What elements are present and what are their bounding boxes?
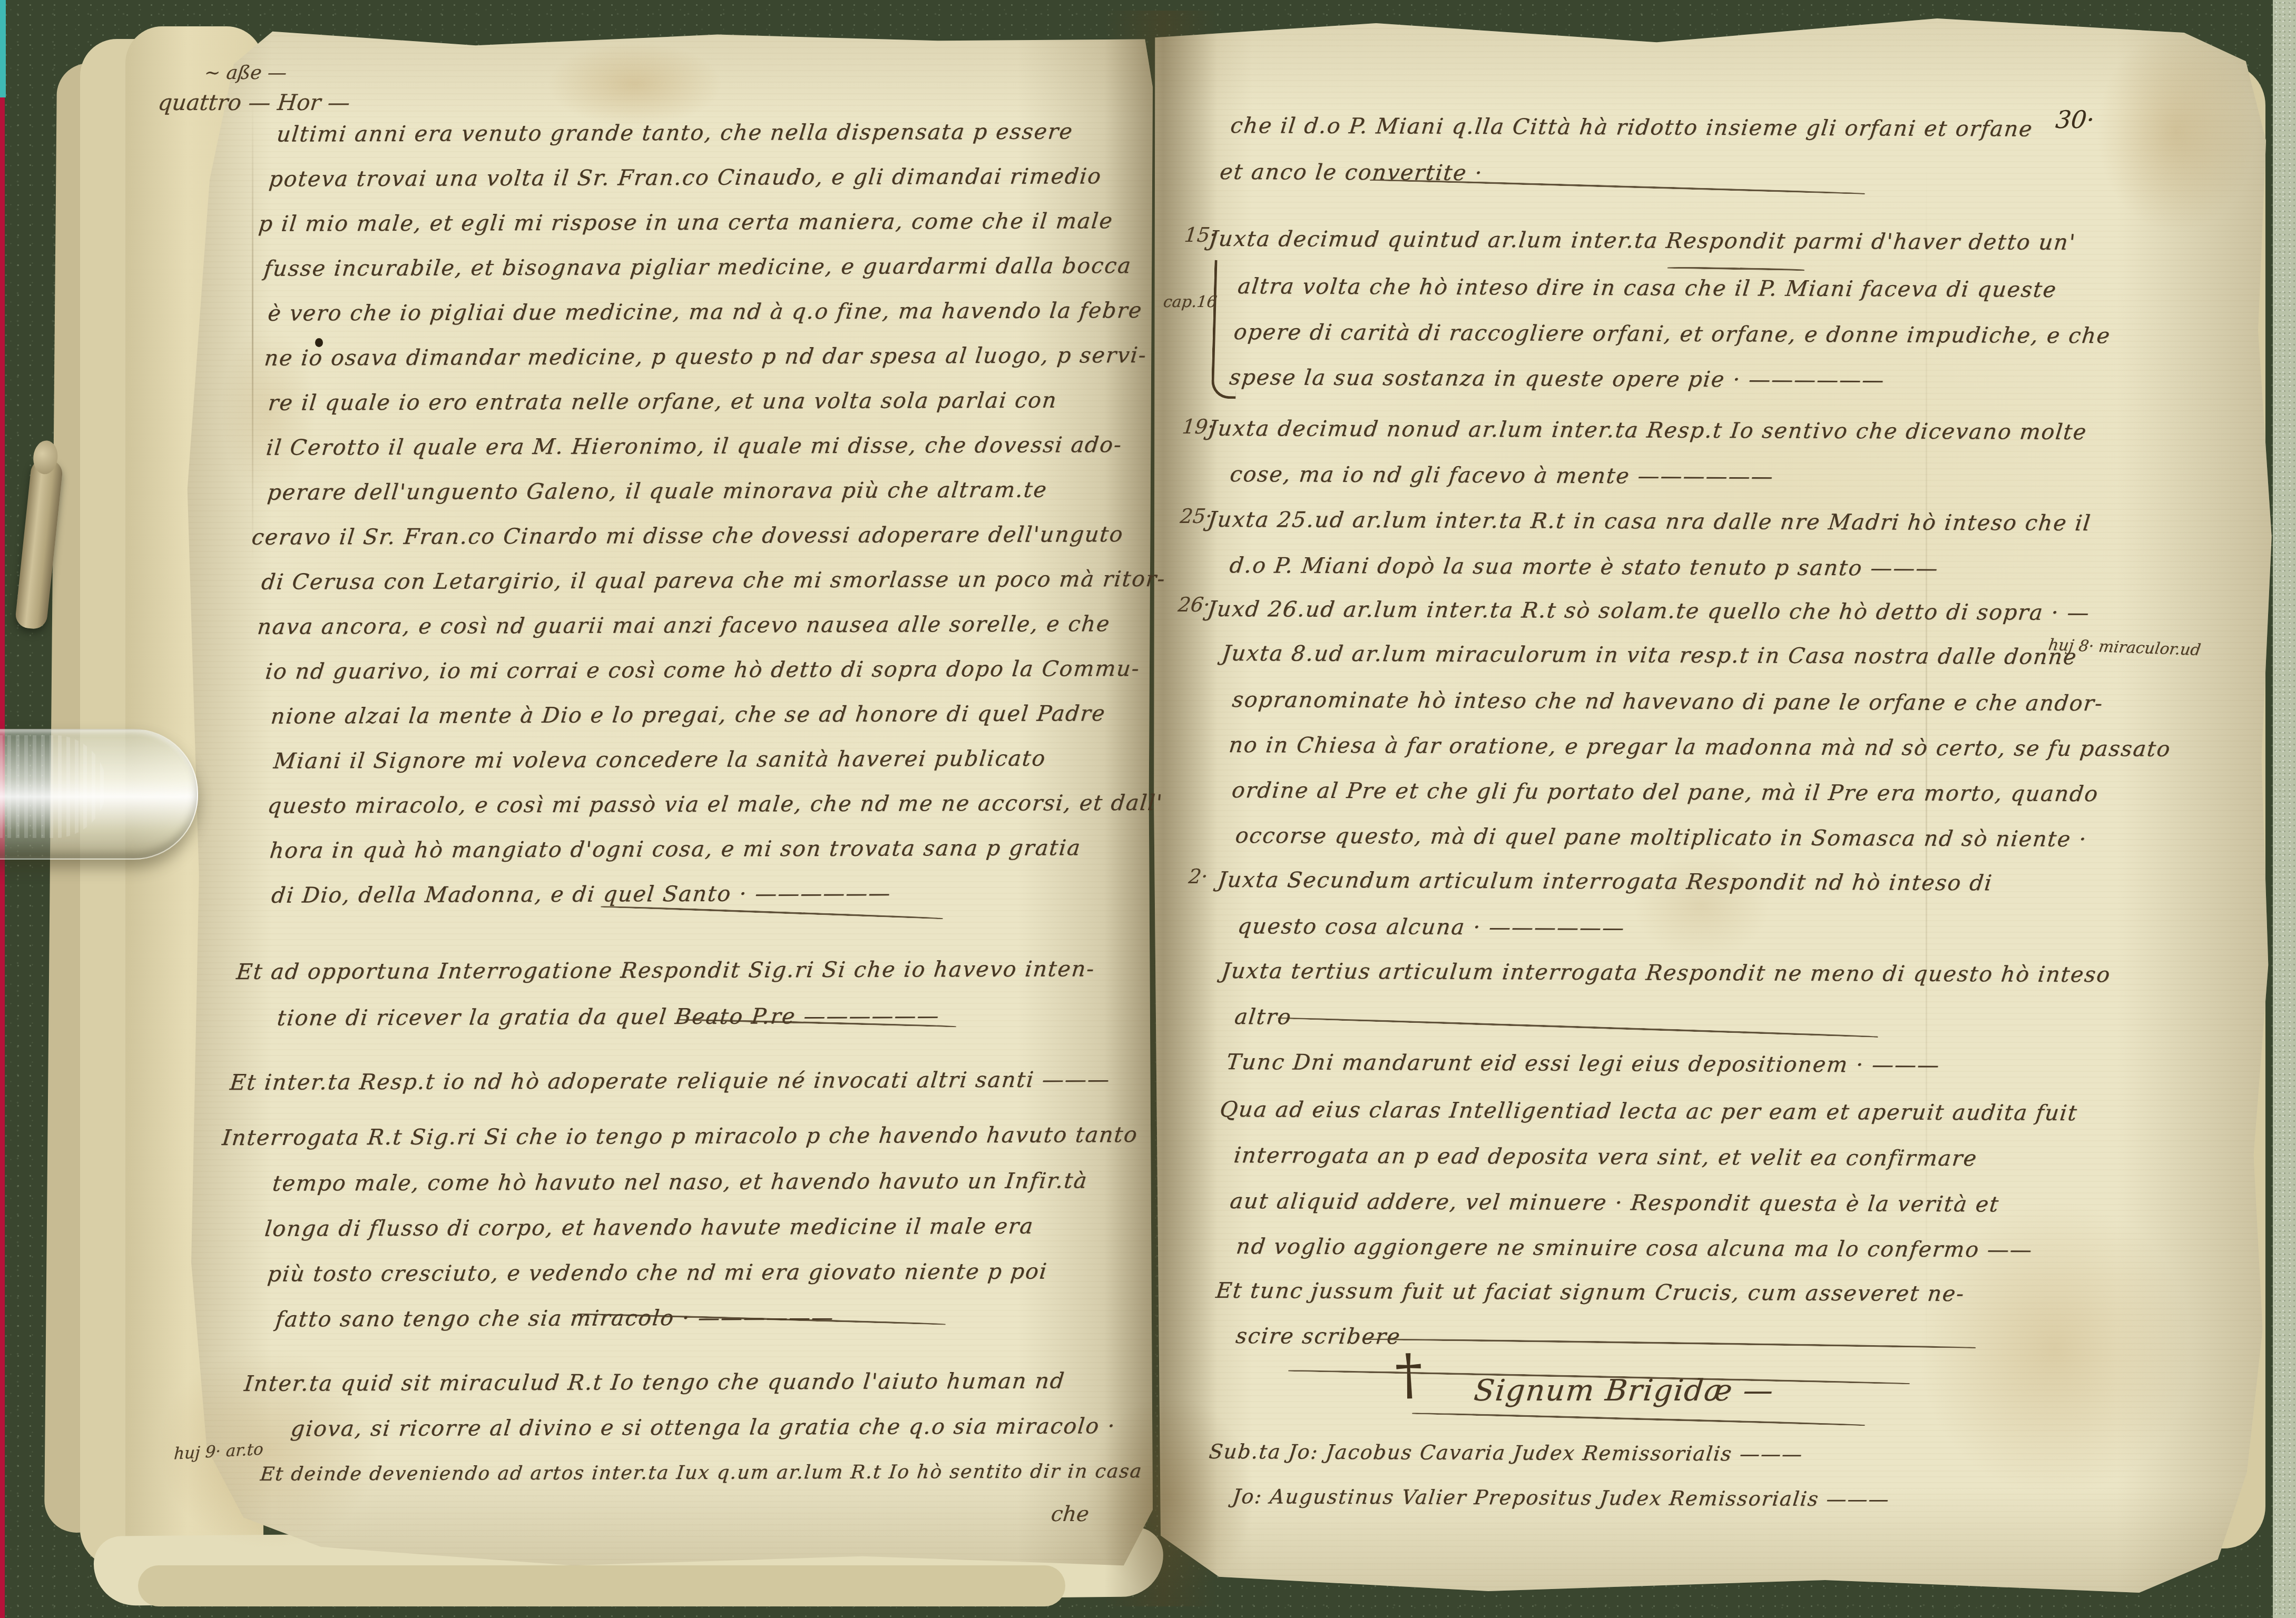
manuscript-line: Juxta decimud quintud ar.lum inter.ta Re… xyxy=(1208,226,2077,255)
manuscript-line: tempo male, come hò havuto nel naso, et … xyxy=(271,1168,1089,1196)
margin-article-number: 2· xyxy=(1188,865,1209,888)
manuscript-line: poteva trovai una volta il Sr. Fran.co C… xyxy=(268,163,1103,192)
manuscript-line: Et inter.ta Resp.t io nd hò adoperate re… xyxy=(229,1067,1111,1095)
manuscript-line: ne io osava dimandar medicine, p questo … xyxy=(263,342,1148,371)
manuscript-line: aut aliquid addere, vel minuere · Respon… xyxy=(1229,1188,2000,1217)
manuscript-line: Et deinde deveniendo ad artos inter.ta I… xyxy=(259,1461,1143,1485)
manuscript-line: ultimi anni era venuto grande tanto, che… xyxy=(276,119,1075,146)
manuscript-line: questo miracolo, e così mi passò via el … xyxy=(266,790,1164,818)
manuscript-line: Et tunc jussum fuit ut faciat signum Cru… xyxy=(1215,1278,1966,1306)
manuscript-line: Inter.ta quid sit miraculud R.t Io tengo… xyxy=(243,1368,1066,1396)
margin-article-number: cap.16 xyxy=(1162,293,1218,311)
manuscript-line: hora in quà hò mangiato d'ogni cosa, e m… xyxy=(269,835,1083,863)
manuscript-line: questo cosa alcuna · —————— xyxy=(1237,913,1626,940)
manuscript-line: cose, ma io nd gli facevo à mente —————— xyxy=(1229,461,1775,489)
manuscript-line: Juxta 8.ud ar.lum miraculorum in vita re… xyxy=(1221,640,2078,669)
manuscript-line: d.o P. Miani dopò la sua morte è stato t… xyxy=(1229,553,1940,581)
manuscript-line: Juxta Secundum articulum interrogata Res… xyxy=(1216,867,1994,895)
manuscript-line: Juxd 26.ud ar.lum inter.ta R.t sò solam.… xyxy=(1206,596,2091,625)
manuscript-line: Qua ad eius claras Intelligentiad lecta … xyxy=(1219,1097,2079,1126)
margin-article-number: 15· xyxy=(1183,223,1218,246)
manuscript-line: Juxta decimud nonud ar.lum inter.ta Resp… xyxy=(1207,416,2088,445)
manuscript-line: longa di flusso di corpo, et havendo hav… xyxy=(263,1213,1035,1241)
manuscript-line: tione di ricever la gratia da quel Beato… xyxy=(276,1003,941,1030)
manuscript-line: Juxta tertius articulum interrogata Resp… xyxy=(1220,958,2112,987)
manuscript-line: Interrogata R.t Sig.ri Si che io tengo p… xyxy=(221,1122,1140,1150)
manuscript-line: Sub.ta Jo: Jacobus Cavaria Judex Remisso… xyxy=(1208,1440,1804,1466)
manuscript-line: sopranominate hò inteso che nd havevano … xyxy=(1231,687,2104,716)
margin-article-number: 26· xyxy=(1177,593,1211,616)
scan-edge-cyan-sliver xyxy=(0,0,6,97)
glass-highlight xyxy=(0,735,106,838)
manuscript-line: più tosto cresciuto, e vedendo che nd mi… xyxy=(266,1259,1048,1287)
manuscript-line: spese la sua sostanza in queste opere pi… xyxy=(1228,364,1886,392)
manuscript-line: occorse questo, mà di quel pane moltipli… xyxy=(1234,823,2088,852)
manuscript-line: è vero che io pigliai due medicine, ma n… xyxy=(267,298,1144,326)
manuscript-line: fusse incurabile, et bisognava pigliar m… xyxy=(263,253,1133,281)
quire-mark-flourish: ~ aße — xyxy=(203,62,288,84)
scanner-strip xyxy=(2273,0,2296,1618)
manuscript-line: giova, si ricorre al divino e si ottenga… xyxy=(290,1413,1117,1441)
manuscript-line: il Cerotto il quale era M. Hieronimo, il… xyxy=(265,432,1123,460)
margin-article-number: 19· xyxy=(1181,415,1215,438)
bottom-under-sheet xyxy=(138,1565,1065,1606)
manuscript-line: di Dio, della Madonna, e di quel Santo ·… xyxy=(270,881,892,908)
manuscript-line: nd voglio aggiongere ne sminuire cosa al… xyxy=(1235,1234,2034,1262)
manuscript-line: perare dell'unguento Galeno, il quale mi… xyxy=(266,477,1048,505)
quire-mark: quattro — Hor — xyxy=(156,90,351,115)
margin-article-number: 25· xyxy=(1179,505,1213,528)
manuscript-line: io nd guarivo, io mi corrai e così come … xyxy=(264,656,1141,684)
left-page-text: ultimi anni era venuto grande tanto, che… xyxy=(219,119,1151,1544)
manuscript-line: di Cerusa con Letargirio, il qual pareva… xyxy=(260,566,1167,595)
manuscript-line: Juxta 25.ud ar.lum inter.ta R.t in casa … xyxy=(1206,507,2093,536)
manuscript-line: che il d.o P. Miani q.lla Città hà ridot… xyxy=(1229,113,2034,142)
manuscript-photo-scene: ~ aße — quattro — Hor — huj 9· ar.to che… xyxy=(0,0,2296,1618)
manuscript-line: Miani il Signore mi voleva concedere la … xyxy=(272,746,1047,774)
manuscript-line: nione alzai la mente à Dio e lo pregai, … xyxy=(270,701,1107,729)
right-page-text: che il d.o P. Miani q.lla Città hà ridot… xyxy=(1203,113,2211,1539)
manuscript-line: ordine al Pre et che gli fu portato del … xyxy=(1231,777,2100,806)
manuscript-line: opere di carità di raccogliere orfani, e… xyxy=(1232,319,2112,348)
manuscript-line: no in Chiesa à far oratione, e pregar la… xyxy=(1228,732,2172,762)
manuscript-line: Tunc Dni mandarunt eid essi legi eius de… xyxy=(1225,1049,1941,1078)
manuscript-line: re il quale io ero entrata nelle orfane,… xyxy=(267,388,1058,416)
signature-cross-icon: † xyxy=(1394,1341,1424,1407)
manuscript-line: ceravo il Sr. Fran.co Cinardo mi disse c… xyxy=(251,521,1125,550)
manuscript-line: altra volta che hò inteso dire in casa c… xyxy=(1237,273,2058,302)
manuscript-line: altro xyxy=(1233,1004,1293,1029)
manuscript-line: Et ad opportuna Interrogatione Respondit… xyxy=(235,956,1096,984)
manuscript-line: Jo: Augustinus Valier Prepositus Judex R… xyxy=(1231,1485,1891,1511)
glass-bar-weight[interactable] xyxy=(0,729,198,860)
manuscript-line: p il mio male, et egli mi rispose in una… xyxy=(258,208,1115,236)
manuscript-line: interrogata an p ead deposita vera sint,… xyxy=(1233,1142,1979,1171)
manuscript-line: nava ancora, e così nd guarii mai anzi f… xyxy=(256,611,1112,639)
manuscript-line: scire scribere xyxy=(1234,1323,1402,1349)
